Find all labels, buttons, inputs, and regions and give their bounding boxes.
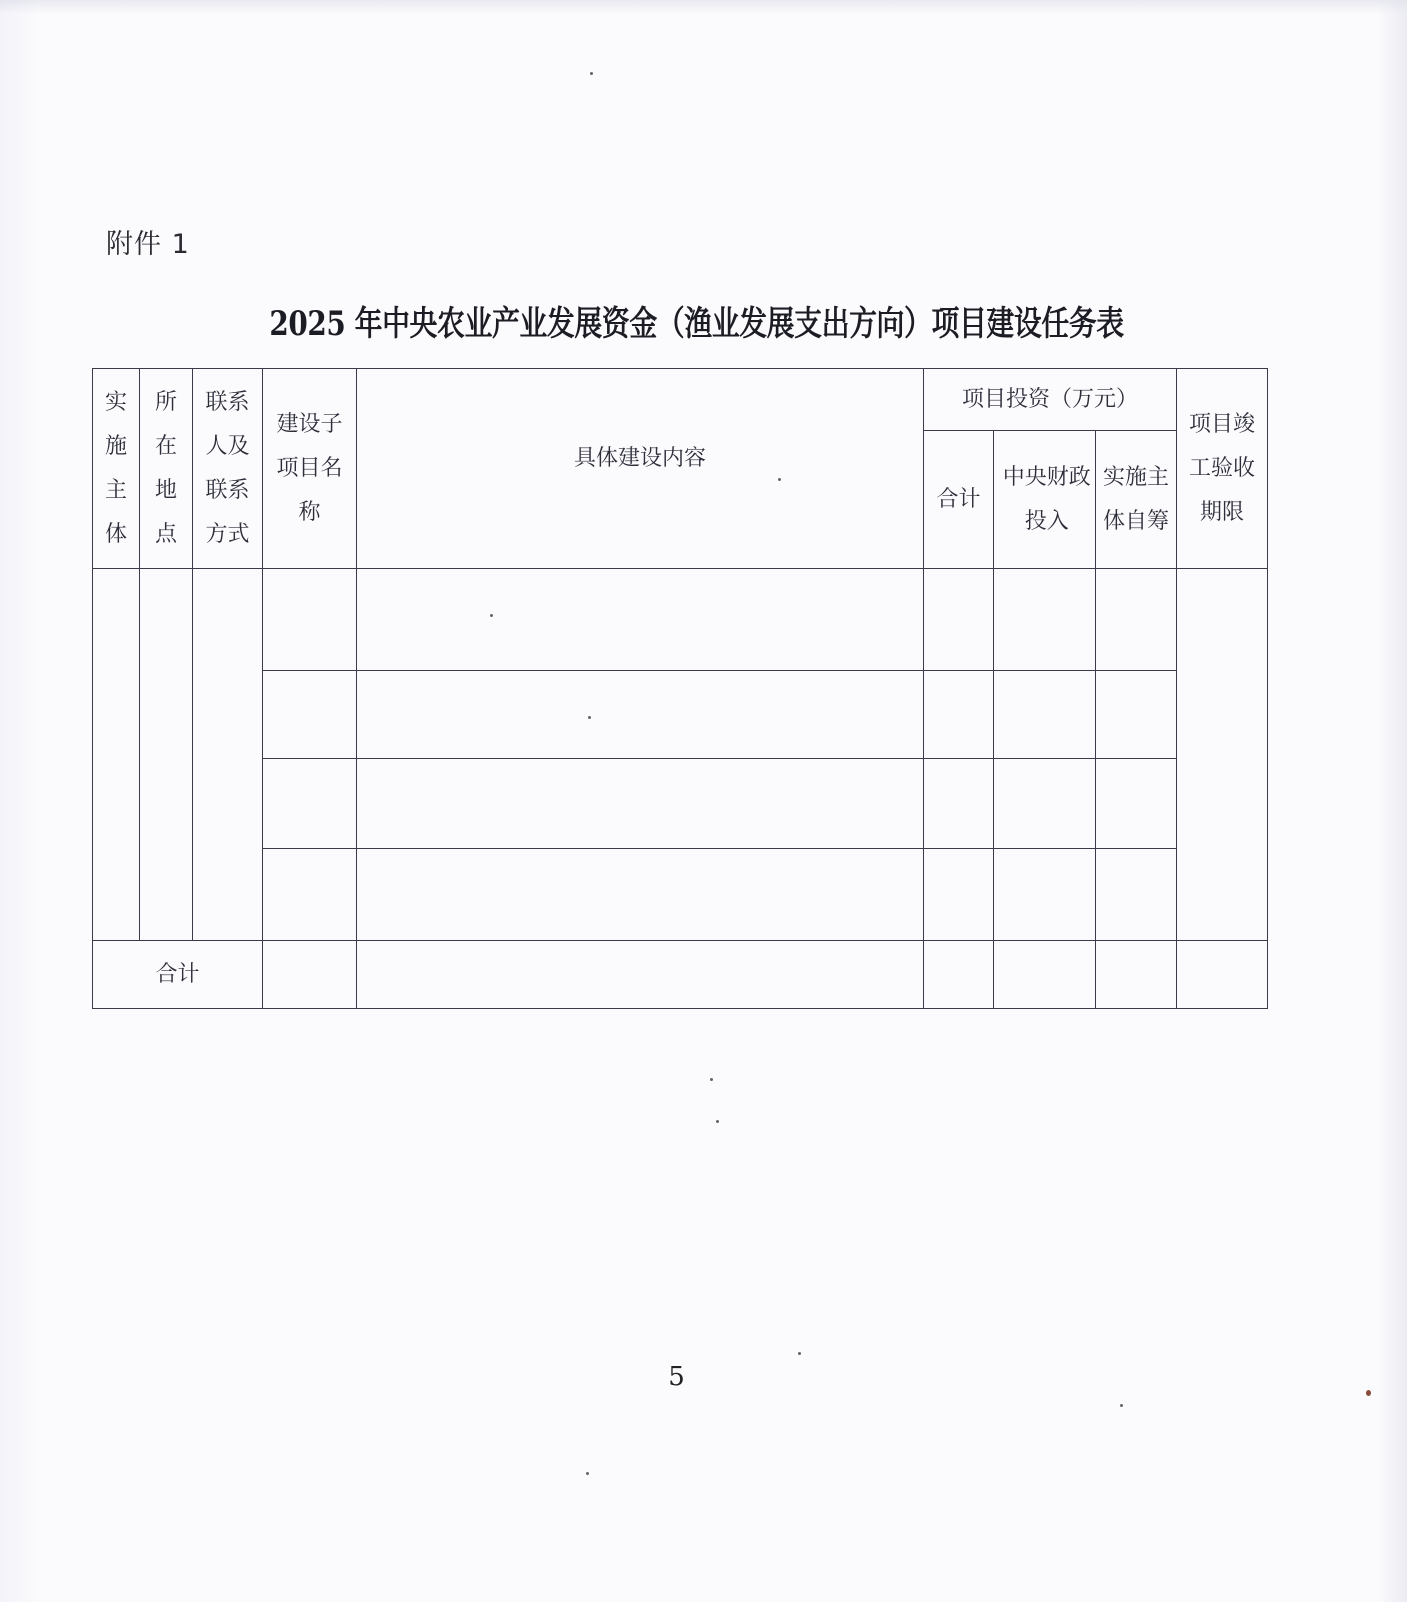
total-label: 合计 — [93, 941, 263, 1009]
cell-central-finance[interactable] — [994, 569, 1096, 671]
table-row — [93, 569, 1268, 671]
total-subproject-name[interactable] — [263, 941, 357, 1009]
cell-construction-content[interactable] — [357, 569, 924, 671]
cell-construction-content[interactable] — [357, 759, 924, 849]
cell-self-funded[interactable] — [1096, 671, 1177, 759]
header-contact: 联系人及联系方式 — [193, 369, 263, 569]
header-central-finance: 中央财政投入 — [994, 431, 1096, 569]
cell-subproject-name[interactable] — [263, 759, 357, 849]
cell-self-funded[interactable] — [1096, 569, 1177, 671]
page-number: 5 — [0, 1362, 1380, 1392]
scan-speck — [710, 1078, 713, 1081]
cell-contact[interactable] — [193, 569, 263, 941]
scan-speck — [586, 1472, 589, 1475]
scan-speck — [798, 1352, 801, 1355]
table-row — [93, 849, 1268, 941]
total-self-funded[interactable] — [1096, 941, 1177, 1009]
cell-subproject-name[interactable] — [263, 671, 357, 759]
header-self-funded: 实施主体自筹 — [1096, 431, 1177, 569]
cell-construction-content[interactable] — [357, 849, 924, 941]
header-location: 所在地点 — [140, 369, 193, 569]
header-investment-group: 项目投资（万元） — [924, 369, 1177, 431]
cell-investment-total[interactable] — [924, 759, 994, 849]
header-investment-total: 合计 — [924, 431, 994, 569]
header-completion-deadline: 项目竣工验收期限 — [1177, 369, 1268, 569]
header-subproject-name: 建设子项目名称 — [263, 369, 357, 569]
scan-speck — [716, 1120, 719, 1123]
table-row — [93, 759, 1268, 849]
cell-completion-deadline[interactable] — [1177, 569, 1268, 941]
total-construction-content[interactable] — [357, 941, 924, 1009]
cell-subproject-name[interactable] — [263, 569, 357, 671]
scan-speck — [588, 716, 591, 719]
total-investment-total[interactable] — [924, 941, 994, 1009]
scan-speck — [490, 614, 493, 617]
header-construction-content: 具体建设内容 — [357, 369, 924, 569]
cell-central-finance[interactable] — [994, 759, 1096, 849]
cell-investment-total[interactable] — [924, 849, 994, 941]
scan-speck — [1366, 1390, 1371, 1396]
scan-edge — [1377, 0, 1407, 1602]
cell-subproject-name[interactable] — [263, 849, 357, 941]
cell-investment-total[interactable] — [924, 569, 994, 671]
cell-construction-content[interactable] — [357, 671, 924, 759]
total-row: 合计 — [93, 941, 1268, 1009]
header-implementing-entity: 实施主体 — [93, 369, 140, 569]
cell-location[interactable] — [140, 569, 193, 941]
cell-implementing-entity[interactable] — [93, 569, 140, 941]
scan-speck — [778, 478, 781, 481]
cell-central-finance[interactable] — [994, 671, 1096, 759]
document-title: 2025 年中央农业产业发展资金（渔业发展支出方向）项目建设任务表 — [120, 296, 1274, 345]
cell-self-funded[interactable] — [1096, 759, 1177, 849]
project-task-table: 实施主体 所在地点 联系人及联系方式 建设子项目名称 具体建设内容 项目投资（万… — [92, 368, 1268, 1009]
cell-investment-total[interactable] — [924, 671, 994, 759]
attachment-label: 附件 1 — [106, 222, 190, 261]
cell-self-funded[interactable] — [1096, 849, 1177, 941]
scan-speck — [1120, 1404, 1123, 1407]
cell-central-finance[interactable] — [994, 849, 1096, 941]
scan-speck — [590, 72, 593, 75]
total-central-finance[interactable] — [994, 941, 1096, 1009]
table-row — [93, 671, 1268, 759]
total-completion-deadline[interactable] — [1177, 941, 1268, 1009]
